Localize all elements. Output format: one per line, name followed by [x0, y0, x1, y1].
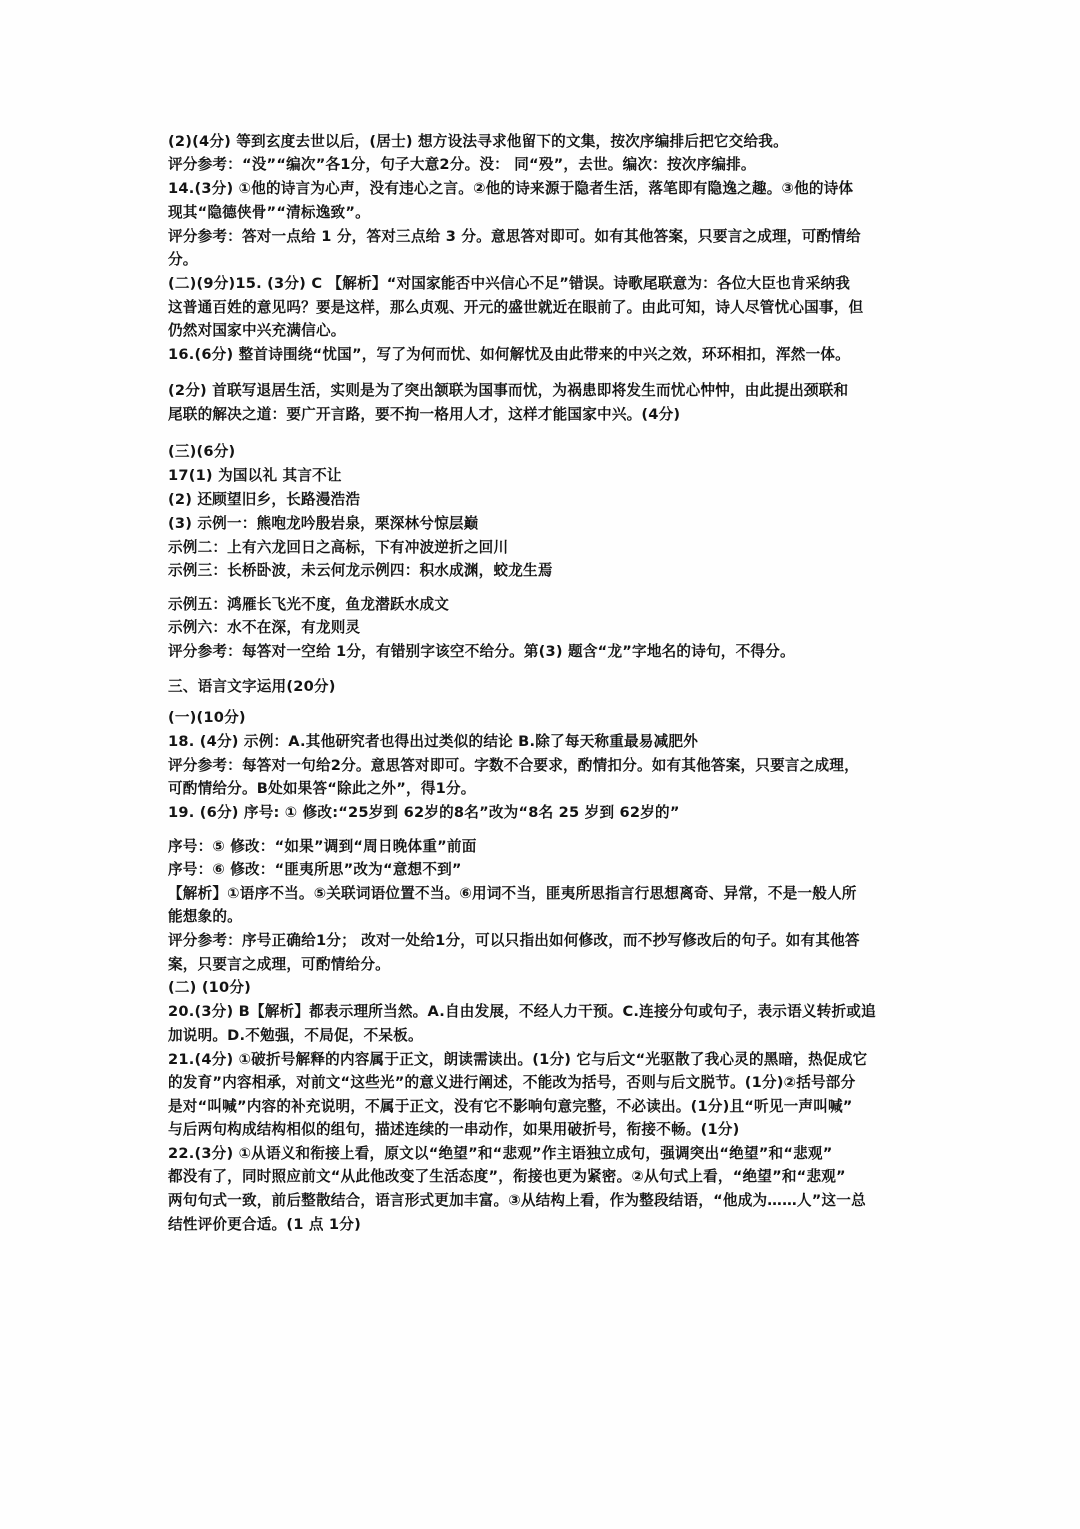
text-line: (2) 还顾望旧乡，长路漫浩浩	[168, 490, 913, 510]
text-line: (3) 示例一：熊咆龙吟殷岩泉，栗深林兮惊层巅	[168, 514, 913, 534]
text-line: 都没有了，同时照应前文“从此他改变了生活态度”，衔接也更为紧密。②从句式上看，“…	[168, 1167, 913, 1187]
text-line: 序号：⑥ 修改：“匪夷所思”改为“意想不到”	[168, 860, 913, 880]
text-line: 19. (6分) 序号: ① 修改:“25岁到 62岁的8名”改为“8名 25 …	[168, 803, 913, 823]
text-line: 评分参考：答对一点给 1 分，答对三点给 3 分。意思答对即可。如有其他答案，只…	[168, 227, 913, 247]
text-line: 示例二：上有六龙回日之高标，下有冲波逆折之回川	[168, 538, 913, 558]
text-line: 评分参考：每答对一句给2分。意思答对即可。字数不合要求，酌情扣分。如有其他答案，…	[168, 756, 913, 776]
text-line: 14.(3分) ①他的诗言为心声，没有违心之言。②他的诗来源于隐者生活，落笔即有…	[168, 179, 913, 199]
text-line: 与后两句构成结构相似的组句，描述连续的一串动作，如果用破折号，衔接不畅。(1分)	[168, 1120, 913, 1140]
text-line: (2分) 首联写退居生活，实则是为了突出颔联为国事而忧，为祸患即将发生而忧心忡忡…	[168, 381, 913, 401]
text-line: 这普通百姓的意见吗？要是这样，那么贞观、开元的盛世就近在眼前了。由此可知，诗人尽…	[168, 298, 913, 318]
text-line: 序号：⑤ 修改：“如果”调到“周日晚体重”前面	[168, 837, 913, 857]
text-line: 是对“叫喊”内容的补充说明，不属于正文，没有它不影响句意完整，不必读出。(1分)…	[168, 1097, 913, 1117]
text-line: 可酌情给分。B处如果答“除此之外”，得1分。	[168, 779, 913, 799]
text-line: (一)(10分)	[168, 708, 913, 728]
text-line: 现其“隐德侠骨”“清标逸致”。	[168, 203, 913, 223]
text-line: 16.(6分) 整首诗围绕“忧国”，写了为何而忧、如何解忧及由此带来的中兴之效，…	[168, 345, 913, 365]
text-line: 分。	[168, 250, 913, 270]
text-line: (三)(6分)	[168, 442, 913, 462]
text-line: 20.(3分) B【解析】都表示理所当然。A.自由发展，不经人力干预。C.连接分…	[168, 1002, 913, 1022]
text-line: 两句句式一致，前后整散结合，语言形式更加丰富。③从结构上看，作为整段结语，“他成…	[168, 1191, 913, 1211]
text-line: 三、语言文字运用(20分)	[168, 677, 913, 697]
text-line: 案，只要言之成理，可酌情给分。	[168, 955, 913, 975]
text-line: (二) (10分)	[168, 978, 913, 998]
text-line: 21.(4分) ①破折号解释的内容属于正文，朗读需读出。(1分) 它与后文“光驱…	[168, 1050, 913, 1070]
text-line: 【解析】①语序不当。⑤关联词语位置不当。⑥用词不当，匪夷所思指言行思想离奇、异常…	[168, 884, 913, 904]
text-line: 结性评价更合适。(1 点 1分)	[168, 1215, 913, 1235]
text-line: 能想象的。	[168, 907, 913, 927]
text-line: 评分参考：序号正确给1分； 改对一处给1分，可以只指出如何修改，而不抄写修改后的…	[168, 931, 913, 951]
text-line: 尾联的解决之道：要广开言路，要不拘一格用人才，这样才能国家中兴。(4分)	[168, 405, 913, 425]
text-line: 18. (4分) 示例：A.其他研究者也得出过类似的结论 B.除了每天称重最易减…	[168, 732, 913, 752]
text-line: 仍然对国家中兴充满信心。	[168, 321, 913, 341]
text-line: 评分参考：每答对一空给 1分，有错别字该空不给分。第(3) 题含“龙”字地名的诗…	[168, 642, 913, 662]
answer-key-page: (2)(4分) 等到玄度去世以后，(居士) 想方设法寻求他留下的文集，按次序编排…	[0, 0, 1080, 1529]
text-line: 加说明。D.不勉强，不局促，不呆板。	[168, 1026, 913, 1046]
text-line: 评分参考：“没”“编次”各1分，句子大意2分。没： 同“殁”，去世。编次：按次序…	[168, 155, 913, 175]
text-line: 的发育”内容相承，对前文“这些光”的意义进行阐述，不能改为括号，否则与后文脱节。…	[168, 1073, 913, 1093]
text-line: 17(1) 为国以礼 其言不让	[168, 466, 913, 486]
text-line: (二)(9分)15. (3分) C 【解析】“对国家能否中兴信心不足”错误。诗歌…	[168, 274, 913, 294]
text-line: 示例五：鸿雁长飞光不度，鱼龙潜跃水成文	[168, 595, 913, 615]
text-line: (2)(4分) 等到玄度去世以后，(居士) 想方设法寻求他留下的文集，按次序编排…	[168, 132, 913, 152]
text-line: 示例六：水不在深，有龙则灵	[168, 618, 913, 638]
text-line: 示例三：长桥卧波，未云何龙示例四：积水成渊，蛟龙生焉	[168, 561, 913, 581]
text-line: 22.(3分) ①从语义和衔接上看，原文以“绝望”和“悲观”作主语独立成句，强调…	[168, 1144, 913, 1164]
